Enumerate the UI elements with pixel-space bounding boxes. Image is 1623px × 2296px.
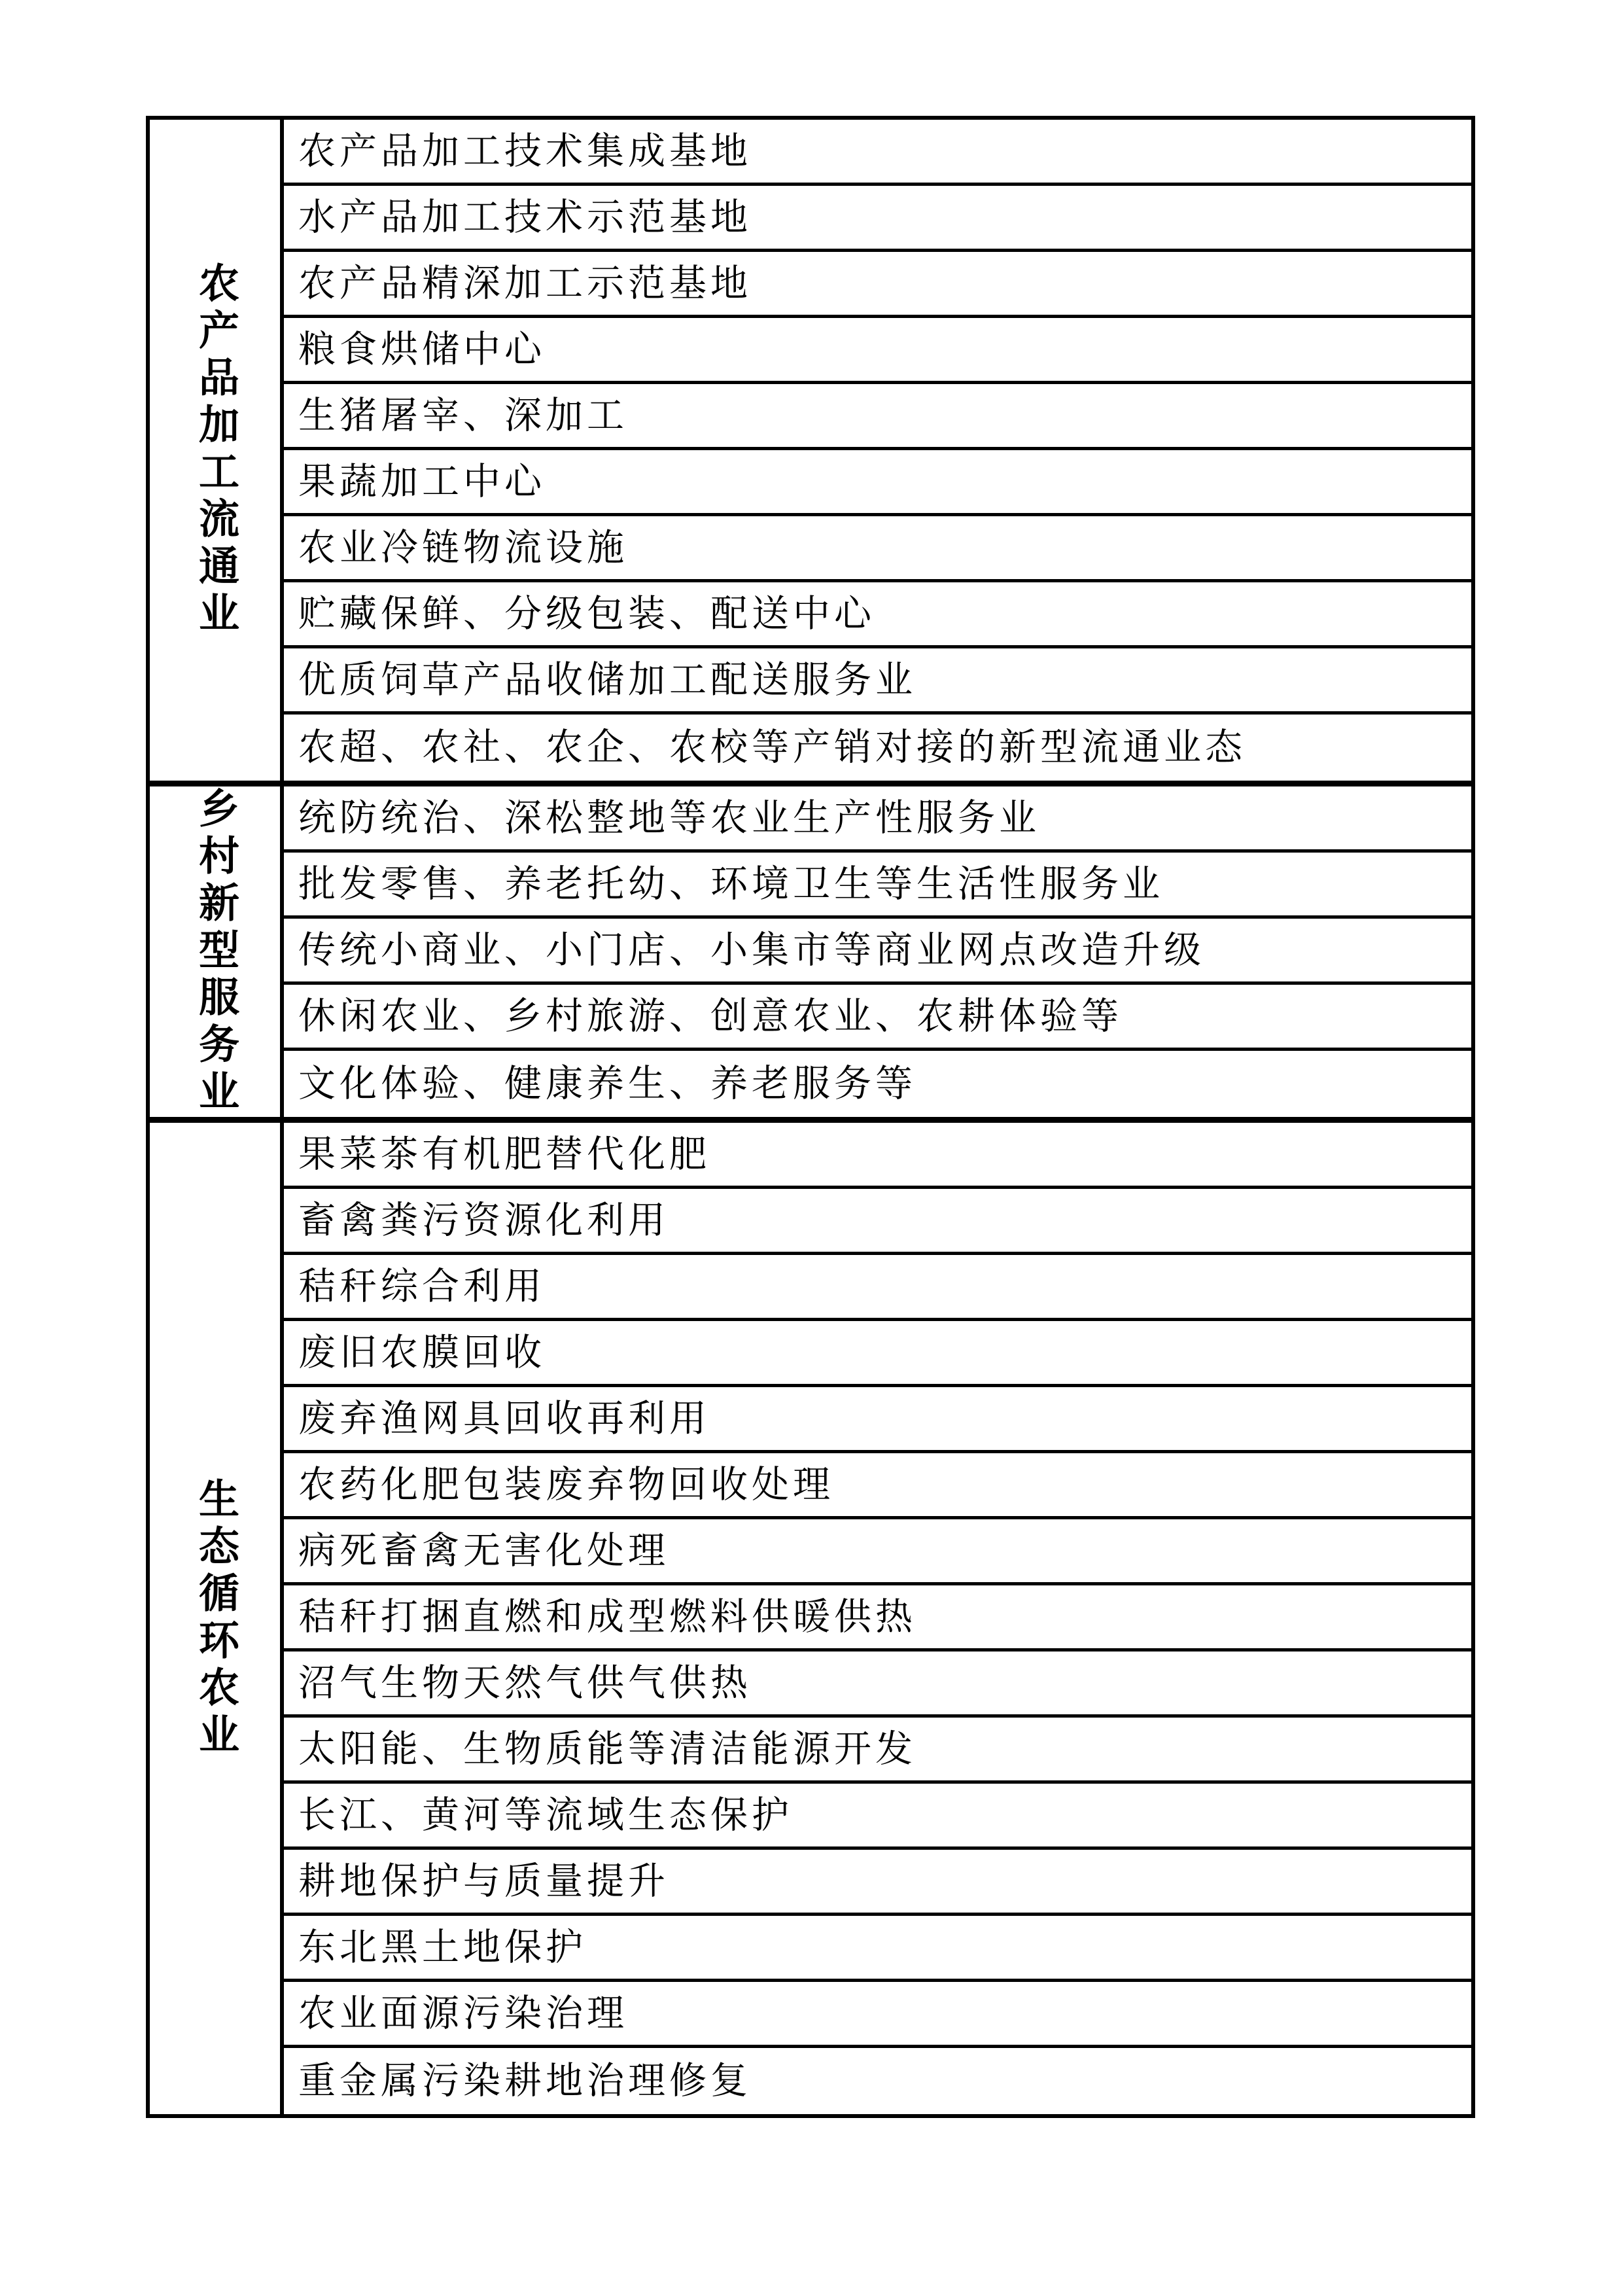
table-row: 耕地保护与质量提升 — [284, 1850, 1471, 1916]
table-row: 水产品加工技术示范基地 — [284, 186, 1471, 252]
category-cell: 农产品加工流通业 — [150, 120, 284, 781]
table-group: 农产品加工流通业农产品加工技术集成基地水产品加工技术示范基地农产品精深加工示范基… — [150, 120, 1471, 786]
table-row: 东北黑土地保护 — [284, 1916, 1471, 1982]
table-row: 贮藏保鲜、分级包装、配送中心 — [284, 582, 1471, 648]
item-text: 果蔬加工中心 — [298, 463, 546, 501]
table-row: 农药化肥包装废弃物回收处理 — [284, 1453, 1471, 1519]
table-row: 农业面源污染治理 — [284, 1982, 1471, 2048]
table-row: 畜禽粪污资源化利用 — [284, 1189, 1471, 1255]
item-text: 畜禽粪污资源化利用 — [298, 1202, 669, 1239]
item-text: 农业面源污染治理 — [298, 1995, 628, 2032]
table-row: 沼气生物天然气供气供热 — [284, 1651, 1471, 1718]
item-text: 水产品加工技术示范基地 — [298, 199, 752, 236]
table-row: 果菜茶有机肥替代化肥 — [284, 1123, 1471, 1189]
table-row: 粮食烘储中心 — [284, 318, 1471, 384]
table-row: 文化体验、健康养生、养老服务等 — [284, 1051, 1471, 1117]
table-row: 农产品加工技术集成基地 — [284, 120, 1471, 186]
table-row: 农业冷链物流设施 — [284, 516, 1471, 582]
item-text: 农业冷链物流设施 — [298, 529, 628, 567]
table-row: 秸秆综合利用 — [284, 1255, 1471, 1321]
item-text: 废旧农膜回收 — [298, 1334, 546, 1371]
item-text: 优质饲草产品收储加工配送服务业 — [298, 662, 916, 699]
item-rows: 果菜茶有机肥替代化肥畜禽粪污资源化利用秸秆综合利用废旧农膜回收废弃渔网具回收再利… — [284, 1123, 1471, 2114]
item-text: 统防统治、深松整地等农业生产性服务业 — [298, 800, 1040, 837]
table-row: 批发零售、养老托幼、环境卫生等生活性服务业 — [284, 853, 1471, 919]
table-row: 果蔬加工中心 — [284, 450, 1471, 516]
item-text: 秸秆打捆直燃和成型燃料供暖供热 — [298, 1598, 916, 1636]
item-text: 病死畜禽无害化处理 — [298, 1532, 669, 1570]
document-page: 农产品加工流通业农产品加工技术集成基地水产品加工技术示范基地农产品精深加工示范基… — [0, 0, 1623, 2296]
item-rows: 统防统治、深松整地等农业生产性服务业批发零售、养老托幼、环境卫生等生活性服务业传… — [284, 786, 1471, 1117]
table-row: 休闲农业、乡村旅游、创意农业、农耕体验等 — [284, 985, 1471, 1051]
table-row: 长江、黄河等流域生态保护 — [284, 1784, 1471, 1850]
item-text: 太阳能、生物质能等清洁能源开发 — [298, 1731, 916, 1768]
table-row: 废旧农膜回收 — [284, 1321, 1471, 1387]
item-text: 耕地保护与质量提升 — [298, 1863, 669, 1900]
table-row: 农超、农社、农企、农校等产销对接的新型流通业态 — [284, 715, 1471, 781]
category-label: 农产品加工流通业 — [195, 262, 236, 639]
item-text: 东北黑土地保护 — [298, 1929, 587, 1966]
table-row: 废弃渔网具回收再利用 — [284, 1387, 1471, 1453]
item-text: 休闲农业、乡村旅游、创意农业、农耕体验等 — [298, 998, 1123, 1035]
table-row: 统防统治、深松整地等农业生产性服务业 — [284, 786, 1471, 853]
category-cell: 生态循环农业 — [150, 1123, 284, 2114]
item-text: 重金属污染耕地治理修复 — [298, 2062, 752, 2100]
item-text: 秸秆综合利用 — [298, 1268, 546, 1305]
category-cell: 乡村新型服务业 — [150, 786, 284, 1117]
item-text: 粮食烘储中心 — [298, 331, 546, 368]
item-text: 传统小商业、小门店、小集市等商业网点改造升级 — [298, 932, 1205, 969]
item-text: 长江、黄河等流域生态保护 — [298, 1797, 793, 1834]
table-group: 生态循环农业果菜茶有机肥替代化肥畜禽粪污资源化利用秸秆综合利用废旧农膜回收废弃渔… — [150, 1123, 1471, 2114]
item-text: 果菜茶有机肥替代化肥 — [298, 1136, 710, 1173]
item-text: 废弃渔网具回收再利用 — [298, 1400, 710, 1438]
item-text: 沼气生物天然气供气供热 — [298, 1665, 752, 1702]
item-text: 农产品加工技术集成基地 — [298, 133, 752, 170]
category-label: 乡村新型服务业 — [195, 787, 236, 1117]
category-table: 农产品加工流通业农产品加工技术集成基地水产品加工技术示范基地农产品精深加工示范基… — [146, 116, 1475, 2118]
table-row: 秸秆打捆直燃和成型燃料供暖供热 — [284, 1585, 1471, 1651]
table-row: 生猪屠宰、深加工 — [284, 384, 1471, 450]
item-text: 农药化肥包装废弃物回收处理 — [298, 1466, 834, 1504]
item-text: 批发零售、养老托幼、环境卫生等生活性服务业 — [298, 866, 1164, 903]
table-row: 太阳能、生物质能等清洁能源开发 — [284, 1718, 1471, 1784]
item-text: 农超、农社、农企、农校等产销对接的新型流通业态 — [298, 729, 1246, 766]
table-row: 优质饲草产品收储加工配送服务业 — [284, 648, 1471, 715]
table-row: 农产品精深加工示范基地 — [284, 252, 1471, 318]
item-text: 生猪屠宰、深加工 — [298, 397, 628, 434]
table-row: 病死畜禽无害化处理 — [284, 1519, 1471, 1585]
item-text: 文化体验、健康养生、养老服务等 — [298, 1065, 916, 1103]
item-text: 农产品精深加工示范基地 — [298, 265, 752, 302]
item-rows: 农产品加工技术集成基地水产品加工技术示范基地农产品精深加工示范基地粮食烘储中心生… — [284, 120, 1471, 781]
table-group: 乡村新型服务业统防统治、深松整地等农业生产性服务业批发零售、养老托幼、环境卫生等… — [150, 786, 1471, 1123]
category-label: 生态循环农业 — [195, 1477, 236, 1760]
item-text: 贮藏保鲜、分级包装、配送中心 — [298, 595, 875, 633]
table-row: 重金属污染耕地治理修复 — [284, 2048, 1471, 2114]
table-row: 传统小商业、小门店、小集市等商业网点改造升级 — [284, 919, 1471, 985]
